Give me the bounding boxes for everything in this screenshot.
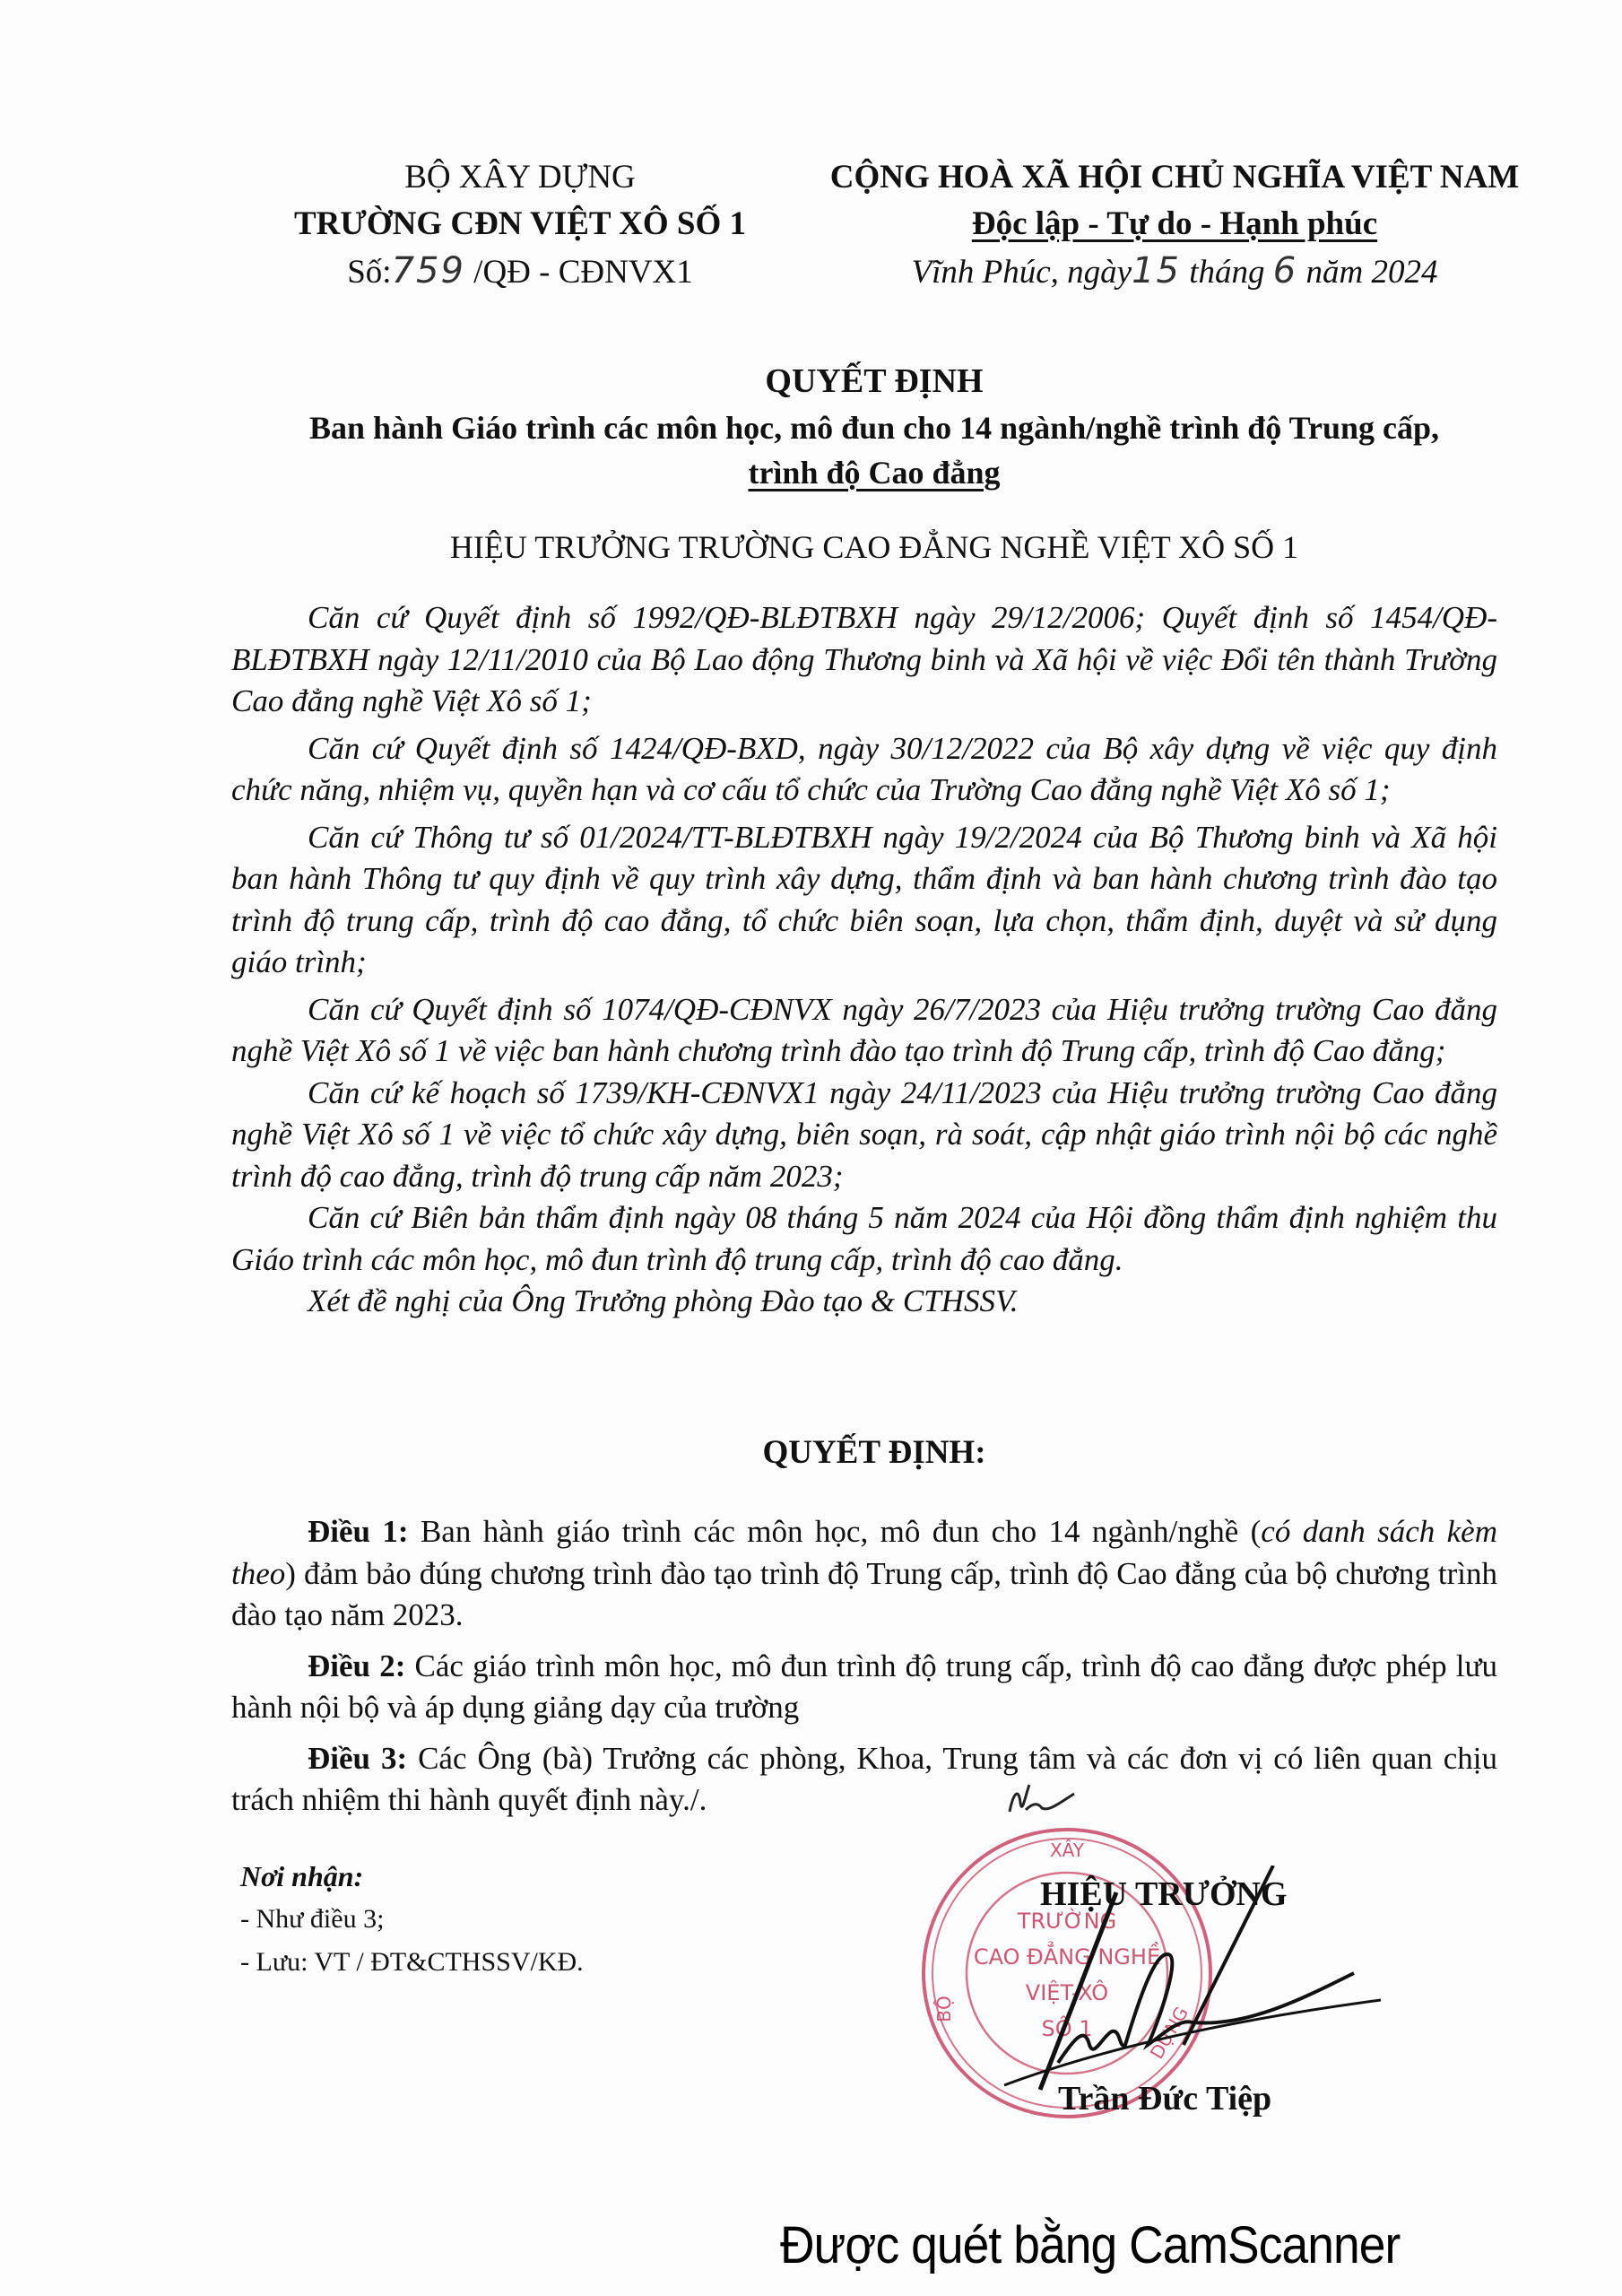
date-month-label: tháng bbox=[1181, 254, 1273, 291]
subtitle-line2-text: trình độ Cao đẳng bbox=[748, 455, 1000, 491]
document-page: BỘ XÂY DỰNG TRƯỜNG CĐN VIỆT XÔ SỐ 1 Số:7… bbox=[0, 0, 1622, 2296]
article-3: Điều 3: Các Ông (bà) Trưởng các phòng, K… bbox=[231, 1738, 1497, 1822]
article-label: Điều 2: bbox=[308, 1648, 405, 1683]
national-motto: Độc lập - Tự do - Hạnh phúc bbox=[789, 201, 1560, 248]
title-block: QUYẾT ĐỊNH Ban hành Giáo trình các môn h… bbox=[224, 357, 1524, 495]
issuing-authority: HIỆU TRƯỞNG TRƯỜNG CAO ĐẲNG NGHỀ VIỆT XÔ… bbox=[224, 524, 1524, 570]
signatory-name: Trần Đức Tiệp bbox=[1058, 2079, 1271, 2118]
preamble-item: Căn cứ Thông tư số 01/2024/TT-BLĐTBXH ng… bbox=[231, 817, 1497, 984]
document-title: QUYẾT ĐỊNH bbox=[224, 357, 1524, 405]
initials-mark bbox=[1002, 1776, 1083, 1821]
national-motto-text: Độc lập - Tự do - Hạnh phúc bbox=[972, 205, 1377, 242]
document-subtitle-line1: Ban hành Giáo trình các môn học, mô đun … bbox=[224, 405, 1524, 450]
date-place: Vĩnh Phúc, ngày bbox=[912, 254, 1132, 291]
document-number: Số:759 /QĐ - CĐNVX1 bbox=[233, 248, 807, 296]
recipient-item: - Như điều 3; bbox=[240, 1898, 584, 1941]
signature-icon bbox=[977, 1865, 1381, 2099]
preamble-item: Căn cứ Quyết định số 1074/QĐ-CĐNVX ngày … bbox=[231, 989, 1497, 1073]
article-2: Điều 2: Các giáo trình môn học, mô đun t… bbox=[231, 1646, 1497, 1729]
preamble-item: Xét đề nghị của Ông Trưởng phòng Đào tạo… bbox=[231, 1281, 1497, 1323]
svg-text:BỘ: BỘ bbox=[933, 1996, 955, 2022]
issuer-block: BỘ XÂY DỰNG TRƯỜNG CĐN VIỆT XÔ SỐ 1 Số:7… bbox=[233, 154, 807, 296]
article-label: Điều 3: bbox=[308, 1741, 407, 1776]
article-text: Các giáo trình môn học, mô đun trình độ … bbox=[231, 1648, 1497, 1726]
school-name: TRƯỜNG CĐN VIỆT XÔ SỐ 1 bbox=[233, 201, 807, 248]
article-text: ) đảm bảo đúng chương trình đào tạo trìn… bbox=[231, 1556, 1497, 1633]
decision-heading: QUYẾT ĐỊNH: bbox=[224, 1433, 1524, 1472]
date-day: 15 bbox=[1132, 250, 1181, 291]
article-text: Ban hành giáo trình các môn học, mô đun … bbox=[409, 1514, 1262, 1549]
recipients-title: Nơi nhận: bbox=[240, 1855, 584, 1898]
document-subtitle-line2: trình độ Cao đẳng bbox=[224, 450, 1524, 495]
recipient-item: - Lưu: VT / ĐT&CTHSSV/KĐ. bbox=[240, 1941, 584, 1984]
school-name-text: TRƯỜNG CĐN VIỆT XÔ SỐ 1 bbox=[294, 205, 746, 242]
svg-text:XÂY: XÂY bbox=[1050, 1839, 1085, 1861]
articles: Điều 1: Ban hành giáo trình các môn học,… bbox=[231, 1511, 1497, 1831]
nation-name: CỘNG HOÀ XÃ HỘI CHỦ NGHĨA VIỆT NAM bbox=[789, 154, 1560, 201]
scanner-watermark: Được quét bằng CamScanner bbox=[780, 2215, 1400, 2275]
article-1: Điều 1: Ban hành giáo trình các môn học,… bbox=[231, 1511, 1497, 1637]
preamble-item: Căn cứ Quyết định số 1992/QĐ-BLĐTBXH ngà… bbox=[231, 597, 1497, 723]
article-label: Điều 1: bbox=[308, 1514, 409, 1549]
ministry-name: BỘ XÂY DỰNG bbox=[233, 154, 807, 201]
date-year: năm 2024 bbox=[1297, 254, 1437, 291]
preamble-item: Căn cứ Quyết định số 1424/QĐ-BXD, ngày 3… bbox=[231, 728, 1497, 812]
preamble-item: Căn cứ Biên bản thẩm định ngày 08 tháng … bbox=[231, 1197, 1497, 1281]
preamble: Căn cứ Quyết định số 1992/QĐ-BLĐTBXH ngà… bbox=[231, 597, 1497, 1323]
number-handwritten: 759 bbox=[392, 250, 465, 291]
recipients-block: Nơi nhận: - Như điều 3; - Lưu: VT / ĐT&C… bbox=[240, 1855, 584, 1984]
date-month: 6 bbox=[1273, 250, 1297, 291]
number-prefix: Số: bbox=[347, 254, 391, 291]
article-text: Các Ông (bà) Trưởng các phòng, Khoa, Tru… bbox=[231, 1741, 1497, 1818]
date-line: Vĩnh Phúc, ngày15 tháng 6 năm 2024 bbox=[789, 248, 1560, 296]
preamble-item: Căn cứ kế hoạch số 1739/KH-CĐNVX1 ngày 2… bbox=[231, 1073, 1497, 1198]
national-header: CỘNG HOÀ XÃ HỘI CHỦ NGHĨA VIỆT NAM Độc l… bbox=[789, 154, 1560, 296]
number-suffix: /QĐ - CĐNVX1 bbox=[465, 254, 693, 291]
